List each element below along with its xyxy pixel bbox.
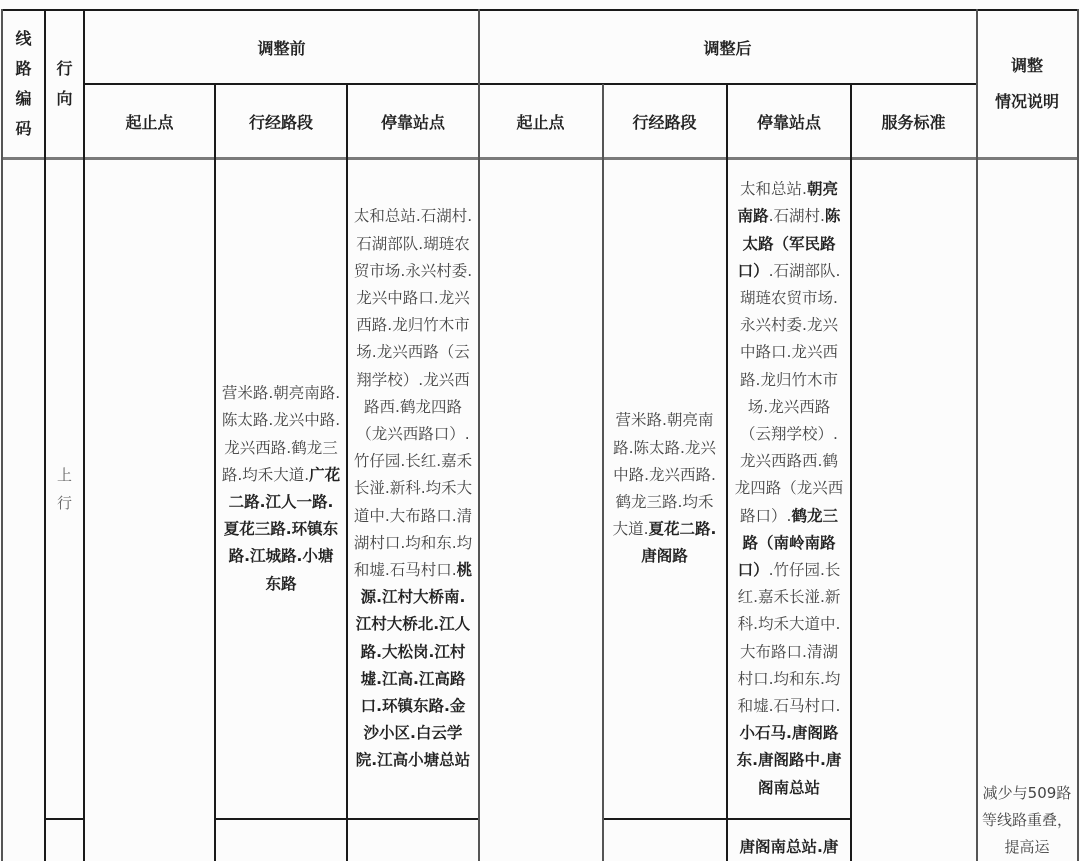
cell-before-stops: 太和总站.石湖村.石湖部队.瑚琏农贸市场.永兴村委.龙兴中路口.龙兴西路.龙归竹…	[347, 160, 479, 818]
header-line: 调整	[1011, 48, 1043, 84]
header-char: 路	[15, 54, 31, 84]
col-border	[1, 9, 3, 861]
col-border	[976, 9, 978, 861]
cell-after-stops-row2: 唐阁南总站.唐	[727, 834, 851, 861]
cell-after-stops: 太和总站.朝亮南路.石湖村.陈太路（军民路口）.石湖部队.瑚琏农贸市场.永兴村委…	[727, 160, 851, 818]
cell-before-route: 营米路.朝亮南路.陈太路.龙兴中路.龙兴西路.鹤龙三路.均禾大道.广花二路.江人…	[215, 160, 347, 818]
header-char: 向	[56, 84, 72, 114]
header-after-stops: 停靠站点	[727, 84, 851, 158]
col-border	[1077, 9, 1079, 861]
stops-text: .石湖部队.瑚琏农贸市场.永兴村委.龙兴中路口.龙兴西路.龙归竹木市场.龙兴西路…	[735, 262, 844, 525]
header-char: 码	[15, 114, 31, 144]
cell-after-route: 营米路.朝亮南路.陈太路.龙兴中路.龙兴西路.鹤龙三路.均禾大道.夏花二路.唐阁…	[602, 160, 727, 818]
cell-before-endpoints	[84, 160, 215, 860]
header-direction: 行 向	[45, 10, 84, 158]
direction-char: 上	[57, 461, 72, 489]
col-border	[214, 84, 216, 861]
stops-text: .竹仔园.长红.嘉禾长湴.新科.均禾大道中.大布路口.清湖村口.均和东.均和墟.…	[738, 561, 841, 715]
stops-text-highlight: 唐阁南总站.唐	[740, 834, 839, 861]
col-border	[478, 9, 480, 861]
cell-explanation: 减少与509路等线路重叠，提高运	[976, 780, 1078, 861]
explanation-text: 减少与509路等线路重叠，提高运	[979, 780, 1075, 861]
header-explanation: 调整 情况说明	[976, 10, 1078, 158]
header-mid-border	[84, 83, 977, 85]
col-border	[726, 84, 728, 861]
stops-text: 太和总站.	[740, 180, 807, 198]
header-char: 线	[15, 24, 31, 54]
header-before-stops: 停靠站点	[347, 84, 479, 158]
col-border	[83, 9, 85, 861]
stops-text-highlight: 小石马.唐阁路东.唐阁路中.唐阁南总站	[737, 724, 842, 796]
header-line: 情况说明	[995, 84, 1059, 120]
header-after-route: 行经路段	[602, 84, 727, 158]
header-before: 调整前	[84, 10, 479, 84]
cell-direction: 上 行	[45, 160, 84, 818]
stops-text: 太和总站.石湖村.石湖部队.瑚琏农贸市场.永兴村委.龙兴中路口.龙兴西路.龙归竹…	[354, 207, 472, 579]
table-top-border	[2, 9, 1079, 11]
header-char: 行	[56, 54, 72, 84]
col-border	[602, 84, 604, 861]
cell-service-standard	[851, 160, 976, 860]
header-line-code: 线 路 编 码	[2, 10, 45, 158]
stops-text: .石湖村.	[769, 207, 825, 225]
route-text-highlight: 广花二路.江人一路.夏花三路.环镇东路.江城路.小塘东路	[224, 466, 340, 593]
col-border	[346, 84, 348, 861]
direction-char: 行	[57, 489, 72, 517]
header-before-route: 行经路段	[215, 84, 347, 158]
col-border	[44, 9, 46, 861]
header-before-endpoints: 起止点	[84, 84, 215, 158]
col-border	[850, 84, 852, 861]
header-after-endpoints: 起止点	[479, 84, 602, 158]
stops-text-highlight: 桃源.江村大桥南.江村大桥北.江人路.大松岗.江村墟.江高.江高路口.环镇东路.…	[356, 561, 472, 769]
header-service-standard: 服务标准	[851, 84, 976, 158]
cell-line-code	[2, 160, 45, 860]
row-split-border	[45, 818, 85, 820]
route-text-highlight: 夏花二路.唐阁路	[641, 520, 716, 565]
header-bottom-border	[2, 157, 1079, 160]
cell-after-endpoints	[479, 160, 602, 860]
header-char: 编	[15, 84, 31, 114]
header-after: 调整后	[479, 10, 976, 84]
